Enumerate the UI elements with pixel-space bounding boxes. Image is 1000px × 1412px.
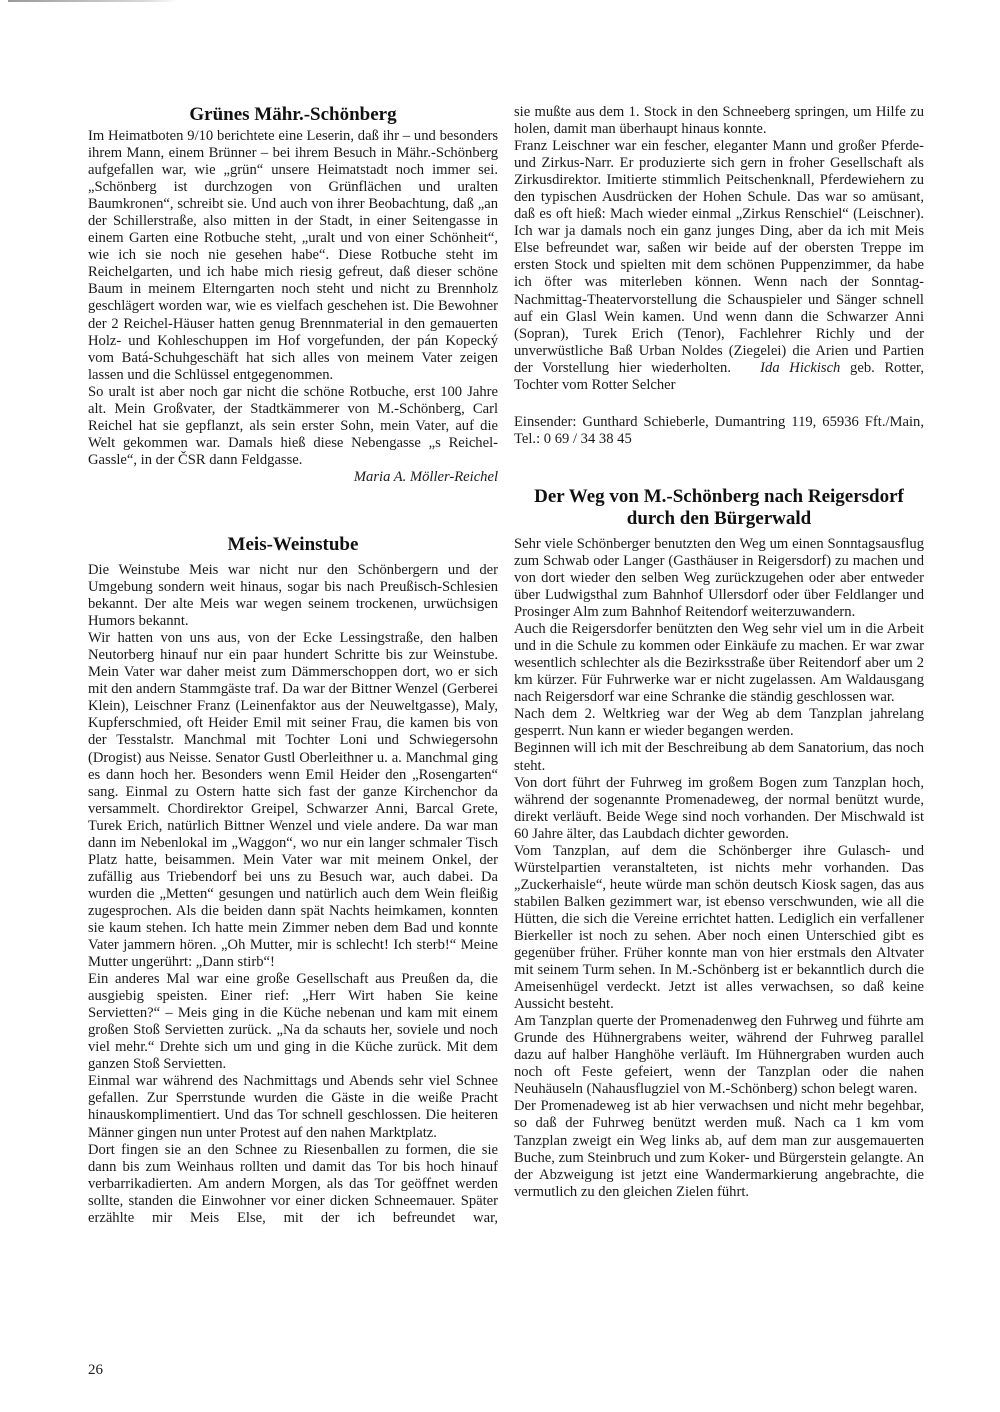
paragraph: Die Weinstube Meis war nicht nur den Sch… xyxy=(88,562,498,630)
article-title-line2: durch den Bürgerwald xyxy=(627,508,811,529)
paragraph: Sehr viele Schönberger benutzten den Weg… xyxy=(514,536,924,621)
paragraph: Der Promenadeweg ist ab hier verwachsen … xyxy=(514,1098,924,1200)
article-weg-reigersdorf: Der Weg von M.-Schönberg nach Reigersdor… xyxy=(514,486,924,1201)
spacer xyxy=(514,448,924,486)
scan-edge-line xyxy=(8,0,178,2)
article-title: Grünes Mähr.-Schönberg xyxy=(88,104,498,126)
paragraph: Von dort führt der Fuhrweg im großem Bog… xyxy=(514,775,924,843)
paragraph: Auch die Reigersdorfer benützten den Weg… xyxy=(514,621,924,706)
paragraph: Am Tanzplan querte der Promenadenweg den… xyxy=(514,1013,924,1098)
spacer xyxy=(514,394,924,414)
article-meis-weinstube-continued: sie mußte aus dem 1. Stock in den Schnee… xyxy=(514,104,924,448)
article-gruenes-schoenberg: Grünes Mähr.-Schönberg Im Heimatboten 9/… xyxy=(88,104,498,486)
left-column: Grünes Mähr.-Schönberg Im Heimatboten 9/… xyxy=(88,104,498,1227)
article-title: Der Weg von M.-Schönberg nach Reigersdor… xyxy=(514,486,924,530)
author-signature: Maria A. Möller-Reichel xyxy=(88,469,498,486)
article-title: Meis-Weinstube xyxy=(88,534,498,556)
author-signature-name: Ida Hickisch xyxy=(760,360,840,376)
paragraph: Nach dem 2. Weltkrieg war der Weg ab dem… xyxy=(514,706,924,740)
signature-spacer xyxy=(731,360,760,376)
page-number: 26 xyxy=(88,1362,103,1379)
paragraph-body: Franz Leischner war ein fescher, elegant… xyxy=(514,138,924,376)
paragraph-continued: Dort fingen sie an den Schnee zu Riesenb… xyxy=(88,1142,498,1227)
paragraph: So uralt ist aber noch gar nicht die sch… xyxy=(88,384,498,469)
spacer xyxy=(88,486,498,534)
paragraph: Vom Tanzplan, auf dem die Schönberger ih… xyxy=(514,843,924,1013)
sender-info: Einsender: Gunthard Schieberle, Dumantri… xyxy=(514,414,924,448)
paragraph: Im Heimatboten 9/10 berichtete eine Lese… xyxy=(88,128,498,384)
paragraph-continuation: sie mußte aus dem 1. Stock in den Schnee… xyxy=(514,104,924,138)
article-title-line1: Der Weg von M.-Schönberg nach Reigersdor… xyxy=(534,486,904,507)
article-meis-weinstube: Meis-Weinstube Die Weinstube Meis war ni… xyxy=(88,534,498,1227)
paragraph: Wir hatten von uns aus, von der Ecke Les… xyxy=(88,630,498,971)
paragraph: Ein anderes Mal war eine große Gesellsch… xyxy=(88,971,498,1073)
paragraph: Franz Leischner war ein fescher, elegant… xyxy=(514,138,924,394)
paragraph: Einmal war während des Nachmittags und A… xyxy=(88,1073,498,1141)
right-column: sie mußte aus dem 1. Stock in den Schnee… xyxy=(514,104,924,1201)
paragraph: Beginnen will ich mit der Beschreibung a… xyxy=(514,740,924,774)
